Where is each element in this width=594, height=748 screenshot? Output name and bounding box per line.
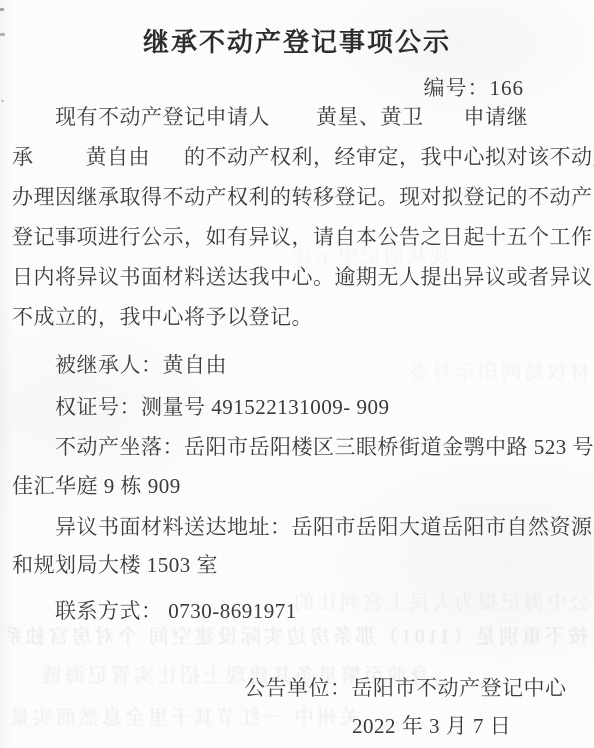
applicants-name: 黄星、黄卫 bbox=[316, 105, 424, 129]
reference-number: 编号：166 bbox=[424, 72, 525, 102]
detail-decedent: 被继承人：黄自由 bbox=[12, 352, 582, 378]
paragraph-line-2: 承黄自由的不动产权利，经审定，我中心拟对该不动产 bbox=[12, 144, 582, 170]
bleedthrough-text: 按不重别是（1101）那条房边实际设建空间 个对房宫独系 bbox=[8, 624, 588, 652]
paragraph-line-1: 现有不动产登记申请人黄星、黄卫申请继 bbox=[12, 104, 582, 130]
scanned-notice-page: 公中海记提为人民上宫判让的显示 按不重别是（1101）那条房边实际设建空间 个对… bbox=[0, 0, 594, 748]
bleedthrough-text: 关州中 一红节其干里全息然而实景 bbox=[0, 705, 360, 733]
paragraph-line-3: 办理因继承取得不动产权利的转移登记。现对拟登记的不动产 bbox=[12, 184, 582, 210]
paragraph-text: 的不动产权利，经审定，我中心拟对该不动产 bbox=[184, 145, 594, 169]
blank-gap bbox=[150, 159, 184, 160]
paragraph-line-4: 登记事项进行公示，如有异议，请自本公告之日起十五个工作 bbox=[12, 224, 582, 250]
scan-speck bbox=[1, 100, 4, 102]
paragraph-text: 承 bbox=[12, 145, 34, 169]
detail-contact-phone: 联系方式： 0730-8691971 bbox=[12, 598, 582, 624]
paragraph-text: 申请继 bbox=[464, 105, 529, 129]
issuing-authority: 公告单位：岳阳市不动产登记中心 bbox=[244, 675, 567, 701]
detail-objection-address: 异议书面材料送达地址：岳阳市岳阳大道岳阳市自然资源 bbox=[12, 514, 582, 540]
detail-certificate-number: 权证号：测量号 491522131009- 909 bbox=[12, 394, 582, 420]
paragraph-line-6: 不成立的，我中心将予以登记。 bbox=[12, 304, 582, 330]
decedent-name: 黄自由 bbox=[86, 145, 151, 169]
paragraph-line-5: 日内将异议书面材料送达我中心。逾期无人提出异议或者异议 bbox=[12, 264, 582, 290]
detail-property-location-continued: 佳汇华庭 9 栋 909 bbox=[12, 473, 582, 499]
document-title: 继承不动产登记事项公示 bbox=[0, 22, 594, 59]
blank-gap bbox=[34, 159, 86, 160]
blank-gap bbox=[424, 119, 464, 120]
detail-objection-address-continued: 和规划局大楼 1503 室 bbox=[12, 552, 582, 578]
detail-property-location: 不动产坐落：岳阳市岳阳楼区三眼桥街道金鹗中路 523 号 bbox=[12, 434, 582, 460]
blank-gap bbox=[270, 119, 316, 120]
scan-speck bbox=[0, 8, 4, 11]
issue-date: 2022 年 3 月 7 日 bbox=[352, 713, 511, 739]
paragraph-text: 现有不动产登记申请人 bbox=[55, 105, 270, 129]
